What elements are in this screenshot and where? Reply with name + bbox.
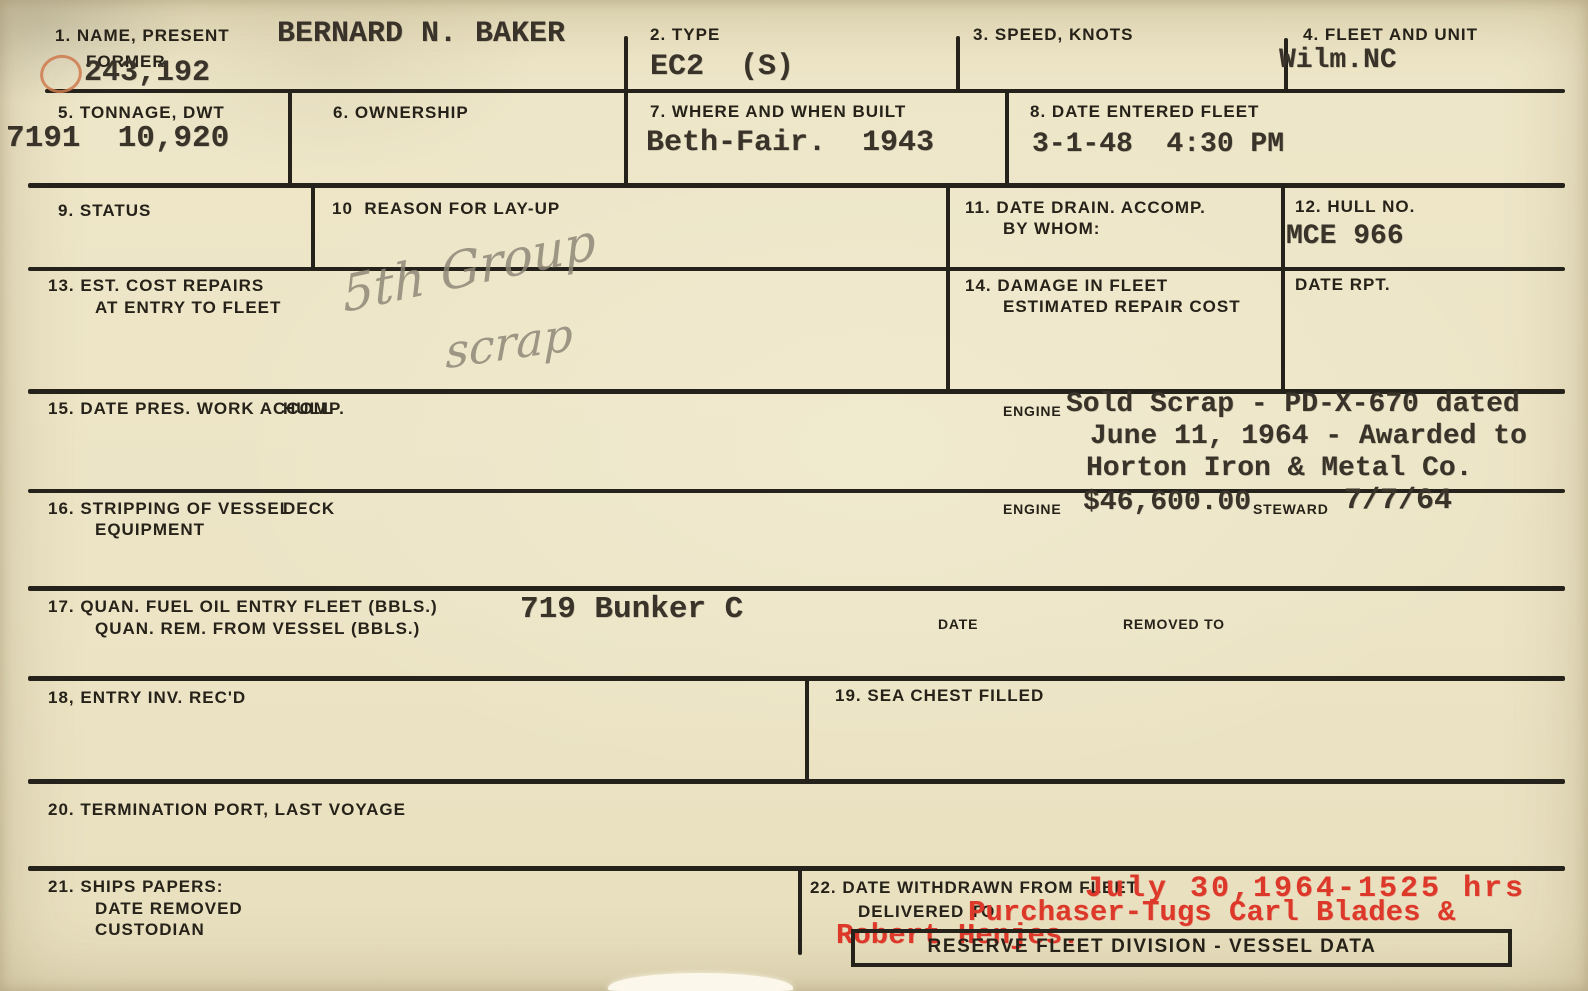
rule-v-1-2 [624, 36, 628, 91]
rule-v-6-7 [624, 89, 628, 186]
vessel-data-card: 1. NAME, PRESENT BERNARD N. BAKER FORMER… [0, 0, 1588, 991]
rule-v-11-12 [1281, 183, 1285, 391]
field17-date-label: DATE [938, 616, 978, 632]
field15-engine-note-line2: June 11, 1964 - Awarded to [1090, 423, 1527, 451]
footer-title: RESERVE FLEET DIVISION - VESSEL DATA [862, 937, 1442, 958]
field9-label: 9. STATUS [58, 202, 151, 221]
field16-deck-label: DECK [283, 500, 335, 519]
field11-label-line1: 11. DATE DRAIN. ACCOMP. [965, 199, 1206, 218]
field11-label-line2: BY WHOM: [1003, 220, 1100, 239]
field10-label: 10 REASON FOR LAY-UP [332, 200, 560, 219]
field5-label: 5. TONNAGE, DWT [58, 104, 225, 123]
rule-h9 [28, 866, 1565, 871]
rule-v-10-11 [946, 183, 950, 391]
field5-value: 7191 10,920 [6, 123, 229, 154]
field7-value: Beth-Fair. 1943 [646, 128, 934, 158]
field13-label-line2: AT ENTRY TO FLEET [95, 299, 281, 318]
field4-label: 4. FLEET AND UNIT [1303, 26, 1478, 45]
rule-h3 [28, 267, 1565, 271]
rule-h6 [28, 586, 1565, 591]
field17-value: 719 Bunker C [520, 594, 743, 625]
rule-v-7-8 [1005, 89, 1009, 186]
field15-hull-label: HULL [283, 400, 332, 419]
field17-label-line1: 17. QUAN. FUEL OIL ENTRY FLEET (BBLS.) [48, 598, 438, 617]
pencil-note-line1: 5th Group [341, 216, 597, 320]
field14-date-rpt-label: DATE RPT. [1295, 276, 1391, 295]
field8-label: 8. DATE ENTERED FLEET [1030, 103, 1259, 122]
field3-label: 3. SPEED, KNOTS [973, 26, 1133, 45]
rule-h7 [28, 676, 1565, 681]
rule-v-21-22 [798, 866, 802, 955]
field1-former-value: 243,192 [84, 58, 210, 88]
field12-value: MCE 966 [1286, 223, 1404, 251]
field16-label-line1: 16. STRIPPING OF VESSEL [48, 500, 291, 519]
field16-label-line2: EQUIPMENT [95, 521, 205, 540]
rule-v-5-6 [288, 89, 292, 186]
field15-engine-note-line1: Sold Scrap - PD-X-670 dated [1066, 391, 1520, 419]
rule-h2 [28, 183, 1565, 188]
field16-steward-label: STEWARD [1253, 501, 1329, 517]
field18-label: 18, ENTRY INV. REC'D [48, 689, 246, 708]
field6-label: 6. OWNERSHIP [333, 104, 469, 123]
field16-steward-value: 7/7/64 [1344, 486, 1452, 516]
field2-label: 2. TYPE [650, 26, 720, 45]
rule-h5 [28, 489, 1565, 493]
field17-removed-to-label: REMOVED TO [1123, 616, 1225, 632]
field13-label-line1: 13. EST. COST REPAIRS [48, 277, 264, 296]
paper-tear [608, 973, 793, 991]
field21-label-line3: CUSTODIAN [95, 921, 205, 940]
field21-label-line1: 21. SHIPS PAPERS: [48, 878, 223, 897]
field12-label: 12. HULL NO. [1295, 198, 1415, 217]
rule-v-18-19 [805, 676, 809, 782]
field4-value: Wilm.NC [1279, 47, 1397, 75]
pencil-note-line2: scrap [446, 311, 573, 375]
field17-label-line2: QUAN. REM. FROM VESSEL (BBLS.) [95, 620, 420, 639]
field20-label: 20. TERMINATION PORT, LAST VOYAGE [48, 801, 406, 820]
field15-engine-note-line3: Horton Iron & Metal Co. [1086, 455, 1472, 483]
field16-engine-label: ENGINE [1003, 501, 1061, 517]
field1-present-value: BERNARD N. BAKER [277, 19, 565, 49]
rule-v-9-10 [311, 183, 315, 269]
field14-label-line2: ESTIMATED REPAIR COST [1003, 298, 1241, 317]
field2-value: EC2 (S) [650, 52, 794, 82]
rule-h8 [28, 779, 1565, 784]
rule-v-2-3 [956, 36, 960, 91]
field16-engine-value: $46,600.00 [1083, 489, 1251, 517]
field1-label: 1. NAME, PRESENT [55, 27, 230, 46]
field15-engine-label: ENGINE [1003, 403, 1061, 419]
field7-label: 7. WHERE AND WHEN BUILT [650, 103, 906, 122]
field14-label-line1: 14. DAMAGE IN FLEET [965, 277, 1168, 296]
field19-label: 19. SEA CHEST FILLED [835, 687, 1044, 706]
field8-value: 3-1-48 4:30 PM [1032, 131, 1284, 159]
rule-h1 [45, 89, 1565, 93]
field21-label-line2: DATE REMOVED [95, 900, 243, 919]
